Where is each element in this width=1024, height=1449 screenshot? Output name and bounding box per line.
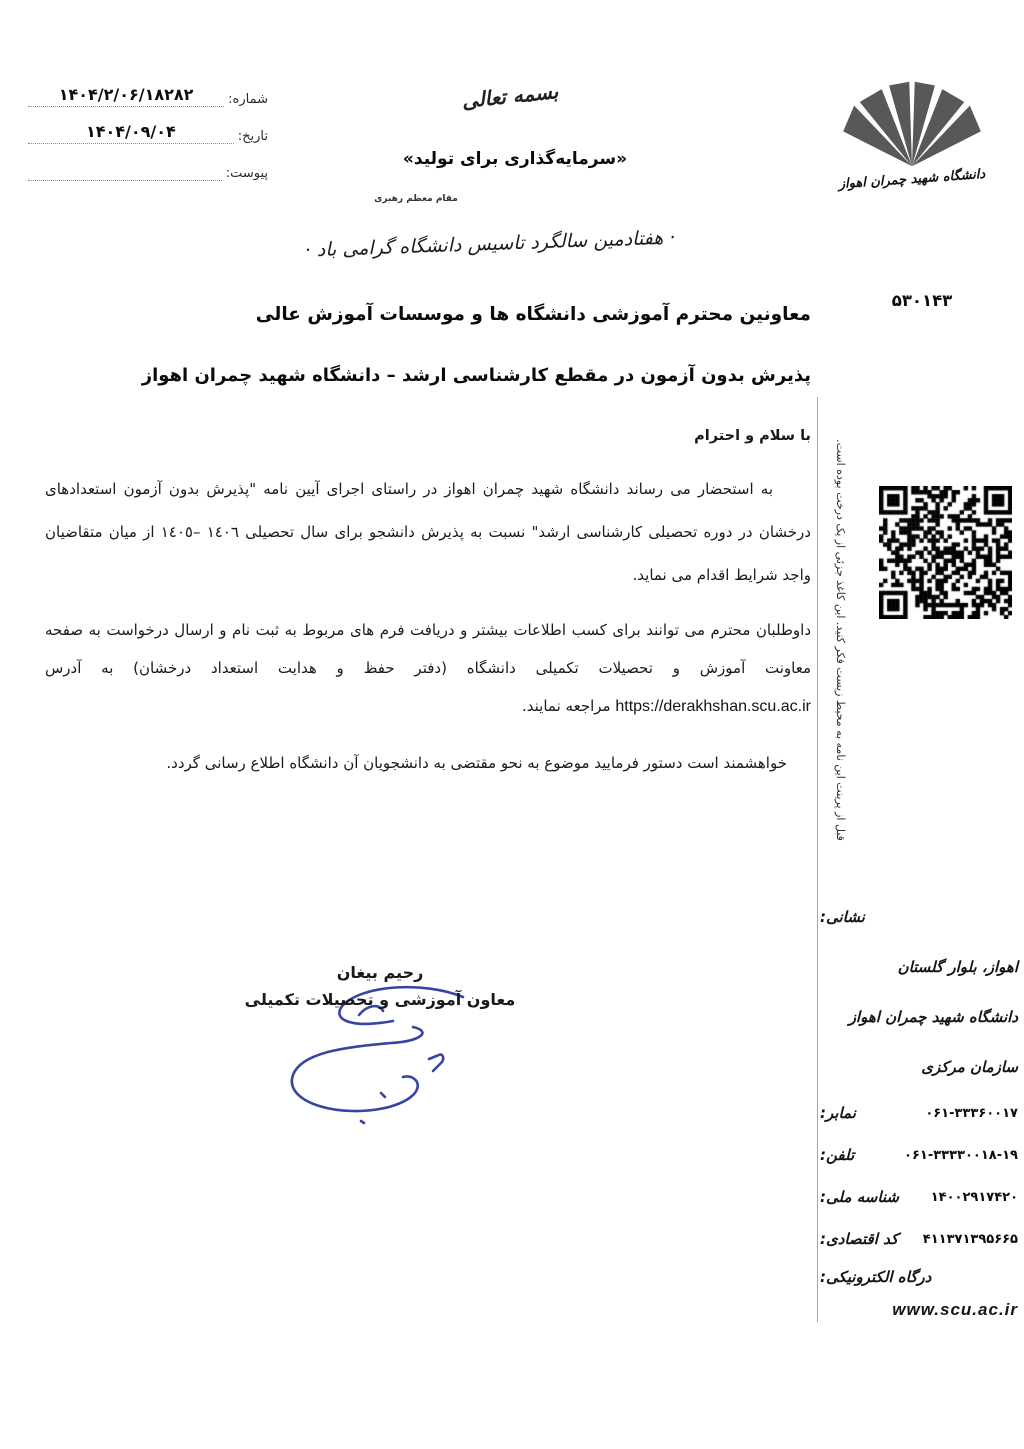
letter-attachment-value — [28, 159, 222, 181]
address-line: سازمان مرکزی — [820, 1058, 1018, 1076]
letter-number-label: شماره: — [224, 92, 268, 107]
national-id-label: شناسه ملی: — [820, 1188, 899, 1206]
letter-attachment-label: پیوست: — [222, 166, 268, 181]
fax-row: ۰۶۱-۳۳۳۶۰۰۱۷ نمابر: — [820, 1104, 1018, 1122]
signature-block: رحیم بیغان معاون آموزشی و تحصیلات تکمیلی — [195, 963, 565, 1009]
sidebar-divider — [817, 397, 818, 1322]
portal-label: درگاه الکترونیکی: — [820, 1268, 931, 1286]
letter-number-value: ۱۴۰۴/۲/۰۶/۱۸۲۸۲ — [28, 85, 224, 107]
address-line: اهواز، بلوار گلستان — [820, 958, 1018, 976]
letter-date-value: ۱۴۰۴/۰۹/۰۴ — [28, 122, 234, 144]
recipient-line: معاونین محترم آموزشی دانشگاه ها و موسسات… — [45, 303, 811, 327]
fax-value: ۰۶۱-۳۳۳۶۰۰۱۷ — [925, 1106, 1018, 1121]
bismillah-calligraphy: بسمه تعالی — [419, 75, 601, 118]
letter-number-row: شماره: ۱۴۰۴/۲/۰۶/۱۸۲۸۲ — [28, 85, 268, 107]
eco-note-vertical: قبل از پرینت این نامه به محیط زیست فکر ک… — [829, 401, 847, 879]
phone-row: ۰۶۱-۳۳۳۳۰۰۱۸-۱۹ تلفن: — [820, 1146, 1018, 1164]
letter-page: شماره: ۱۴۰۴/۲/۰۶/۱۸۲۸۲ تاریخ: ۱۴۰۴/۰۹/۰۴… — [0, 0, 1024, 1449]
fax-label: نمابر: — [820, 1104, 856, 1122]
signer-name: رحیم بیغان — [195, 963, 565, 982]
website-link[interactable]: www.scu.ac.ir — [820, 1300, 1018, 1320]
paragraph-instructions-tail: مراجعه نمایند. — [522, 697, 615, 715]
national-id-value: ۱۴۰۰۲۹۱۷۴۲۰ — [931, 1190, 1018, 1205]
subject-line: پذیرش بدون آزمون در مقطع کارشناسی ارشد –… — [45, 365, 811, 386]
letter-meta: شماره: ۱۴۰۴/۲/۰۶/۱۸۲۸۲ تاریخ: ۱۴۰۴/۰۹/۰۴… — [28, 85, 268, 196]
paragraph-request: خواهشمند است دستور فرمایید موضوع به نحو … — [45, 754, 811, 772]
portal-label-row: درگاه الکترونیکی: — [820, 1268, 1018, 1286]
qr-code-icon — [879, 486, 1012, 619]
economic-code-label: کد اقتصادی: — [820, 1230, 898, 1248]
letter-body: معاونین محترم آموزشی دانشگاه ها و موسسات… — [45, 303, 811, 772]
address-label: نشانی: — [820, 908, 865, 926]
paragraph-instructions-text: داوطلبان محترم می توانند برای کسب اطلاعا… — [45, 621, 811, 677]
address-line: دانشگاه شهید چمران اهواز — [820, 1008, 1018, 1026]
national-id-row: ۱۴۰۰۲۹۱۷۴۲۰ شناسه ملی: — [820, 1188, 1018, 1206]
letter-date-label: تاریخ: — [234, 129, 268, 144]
phone-label: تلفن: — [820, 1146, 854, 1164]
paragraph-announcement: به استحضار می رساند دانشگاه شهید چمران ا… — [45, 468, 811, 597]
letter-date-row: تاریخ: ۱۴۰۴/۰۹/۰۴ — [28, 122, 268, 144]
university-logo: دانشگاه شهید چمران اهواز — [816, 78, 1008, 187]
slogan-attribution: مقام معظم رهبری — [366, 194, 466, 204]
letter-attachment-row: پیوست: — [28, 159, 268, 181]
university-fan-logo-icon — [816, 78, 1008, 170]
address-label-row: نشانی: — [820, 908, 1018, 926]
economic-code-value: ۴۱۱۳۷۱۳۹۵۶۶۵ — [923, 1232, 1018, 1247]
economic-code-row: ۴۱۱۳۷۱۳۹۵۶۶۵ کد اقتصادی: — [820, 1230, 1018, 1248]
year-slogan: «سرمایه‌گذاری برای تولید» — [372, 149, 658, 169]
derakhshan-url-link[interactable]: https://derakhshan.scu.ac.ir — [615, 698, 811, 715]
tracking-number: ۵۳۰۱۴۳ — [874, 291, 970, 310]
paragraph-instructions: داوطلبان محترم می توانند برای کسب اطلاعا… — [45, 611, 811, 726]
anniversary-note: · هفتادمین سالگرد تاسیس دانشگاه گرامی با… — [272, 225, 709, 262]
signer-title: معاون آموزشی و تحصیلات تکمیلی — [195, 990, 565, 1009]
phone-value: ۰۶۱-۳۳۳۳۰۰۱۸-۱۹ — [904, 1148, 1018, 1163]
salutation-line: با سلام و احترام — [45, 428, 811, 444]
